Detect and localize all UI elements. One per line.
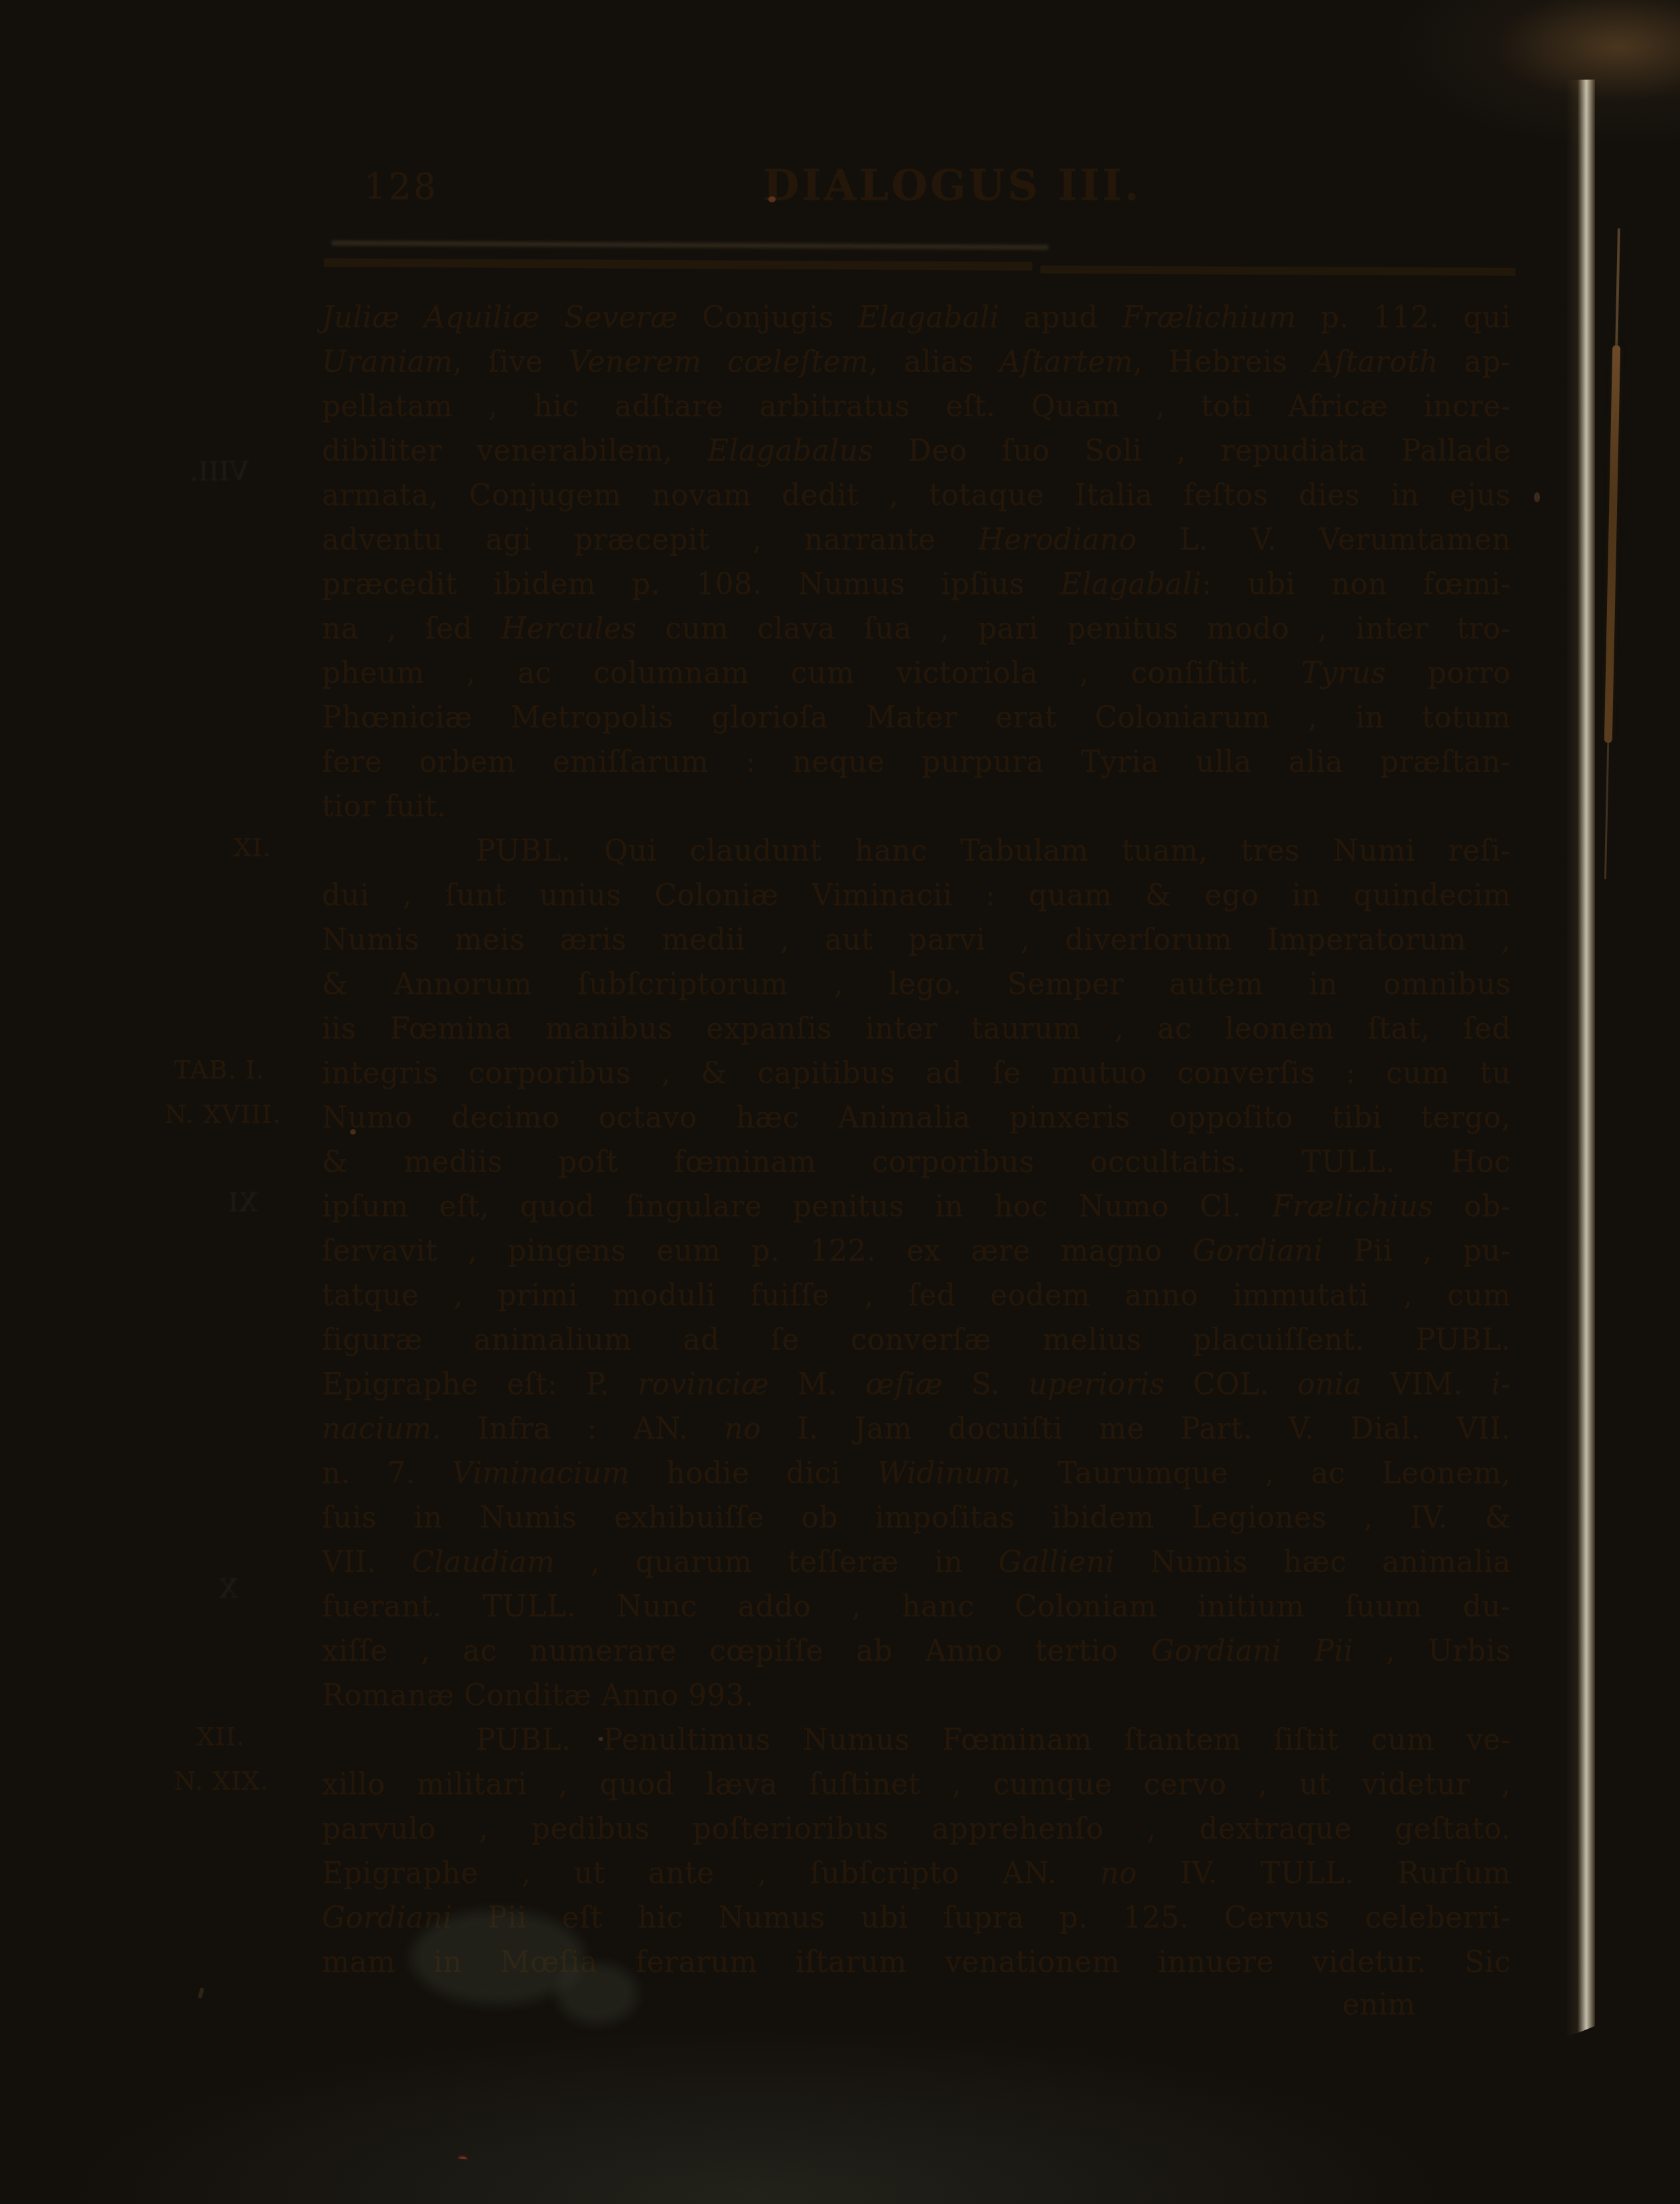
text-line: Romanæ Conditæ Anno 993. (322, 1673, 1511, 1718)
foxing-stain (350, 1129, 356, 1135)
text-line: xillo militari , quod læva ſuſtinet , cu… (322, 1762, 1511, 1807)
roman-text-run: n. 7. (322, 1456, 452, 1490)
italic-text-run: Frælichius (1272, 1190, 1464, 1223)
roman-text-run: pheum , ac columnam cum victoriola , con… (322, 656, 1301, 690)
roman-text-run: figuræ animalium ad ſe converſæ melius p… (322, 1323, 1511, 1357)
roman-text-run: Pii , pu- (1354, 1234, 1511, 1268)
italic-text-run: Viminacium (452, 1456, 666, 1490)
text-line: na , ſed Hercules cum clava ſua , pari p… (322, 606, 1511, 651)
text-line: fere orbem emiſſarum : neque purpura Tyr… (322, 740, 1511, 784)
text-line: iis Fœmina manibus expanſis inter taurum… (322, 1006, 1511, 1051)
roman-text-run: dibiliter venerabilem, (322, 434, 707, 468)
roman-text-run: PUBL. Penultimus Numus Fœminam ſtantem ſ… (476, 1723, 1511, 1757)
roman-text-run: apud (1023, 301, 1122, 334)
text-line: ſervavit , pingens eum p. 122. ex ære ma… (322, 1229, 1511, 1273)
ink-smudge (557, 1964, 637, 2024)
text-line: fuerant. TULL. Nunc addo , hanc Coloniam… (322, 1584, 1511, 1629)
italic-text-run: Tyrus (1301, 656, 1428, 690)
italic-text-run: Aſtartem (999, 345, 1133, 379)
text-line: & Annorum ſubſcriptorum , lego. Semper a… (322, 962, 1511, 1006)
foxing-stain (768, 196, 776, 202)
roman-text-run: PUBL. Qui claudunt hanc Tabulam tuam, tr… (476, 834, 1511, 868)
text-line: Juliæ Aquiliæ Severæ Conjugis Elagabali … (322, 295, 1511, 340)
italic-text-run: Venerem cœleſtem (569, 345, 869, 379)
roman-text-run: porro (1428, 656, 1511, 690)
roman-text-run: S. (971, 1367, 1028, 1401)
text-line: n. 7. Viminacium hodie dici Widinum, Tau… (322, 1451, 1511, 1495)
margin-note: XI. (234, 833, 271, 862)
red-edge-speck (340, 2152, 346, 2158)
italic-text-run: Uraniam (322, 345, 453, 379)
roman-text-run: Numo decimo octavo hæc Animalia pinxeris… (322, 1101, 1511, 1135)
roman-text-run: tior fuit. (322, 790, 447, 823)
text-line: præcedit ibidem p. 108. Numus ipſius Ela… (322, 562, 1511, 606)
page-gutter-fold (1566, 0, 1595, 2204)
roman-text-run: cum clava ſua , pari penitus modo , inte… (665, 612, 1511, 646)
roman-text-run: I. Jam docuiſti me Part. V. Dial. VII. (797, 1412, 1511, 1446)
roman-text-run: , alias (869, 345, 999, 379)
bleed-through-text: VIII. (190, 456, 249, 488)
roman-text-run: M. (798, 1367, 866, 1401)
text-line: Epigraphe eſt: P. rovinciæ M. œſiæ S. up… (322, 1362, 1511, 1407)
margin-note: N. XVIII. (165, 1099, 281, 1129)
roman-text-run: ob- (1464, 1190, 1511, 1223)
roman-text-run: præcedit ibidem p. 108. Numus ipſius (322, 567, 1060, 601)
text-line: Numo decimo octavo hæc Animalia pinxeris… (322, 1095, 1511, 1140)
page-number: 128 (364, 166, 438, 208)
italic-text-run: Elagabali (1060, 567, 1202, 601)
italic-text-run: Gordiani (1192, 1234, 1353, 1268)
roman-text-run: , ſive (453, 345, 569, 379)
roman-text-run: ſuis in Numis exhibuiſſe ob impoſitas ib… (322, 1501, 1511, 1535)
roman-text-run: , Urbis (1386, 1634, 1511, 1668)
roman-text-run: Deo ſuo Soli , repudiata Pallade (908, 434, 1511, 468)
text-line: & mediis poſt fœminam corporibus occulta… (322, 1140, 1511, 1184)
roman-text-run: iis Fœmina manibus expanſis inter taurum… (322, 1012, 1511, 1046)
italic-text-run: no (1100, 1856, 1180, 1890)
roman-text-run: ap- (1464, 345, 1511, 379)
roman-text-run: & Annorum ſubſcriptorum , lego. Semper a… (322, 967, 1511, 1001)
italic-text-run: Elagabalus (707, 434, 908, 468)
italic-text-run: Widinum (877, 1456, 1011, 1490)
roman-text-run: ipſum eſt, quod ſingulare penitus in hoc… (322, 1190, 1272, 1223)
header-rule-right (1040, 265, 1515, 276)
red-edge-speck (236, 2140, 245, 2146)
rule-echo (332, 241, 1048, 250)
margin-note: N. XIX. (174, 1766, 269, 1795)
roman-text-run: VII. (322, 1545, 412, 1579)
italic-text-run: Herodiano (978, 523, 1179, 557)
italic-text-run: œſiæ (865, 1367, 971, 1401)
roman-text-run: hodie dici (666, 1456, 877, 1490)
roman-text-run: na , ſed (322, 612, 501, 646)
roman-text-run: Romanæ Conditæ Anno 993. (322, 1679, 754, 1712)
book-page-scan: 128 DIALOGUS III. Juliæ Aquiliæ Severæ C… (0, 0, 1680, 2204)
roman-text-run: armata, Conjugem novam dedit , totaque I… (322, 478, 1511, 512)
text-line: Epigraphe , ut ante , ſubſcripto AN. no … (322, 1851, 1511, 1895)
italic-text-run: nacium. (322, 1412, 441, 1446)
italic-text-run: Gallieni (999, 1545, 1151, 1579)
roman-text-run: tatque , primi moduli fuiſſe , ſed eodem… (322, 1278, 1511, 1312)
text-line: tatque , primi moduli fuiſſe , ſed eodem… (322, 1273, 1511, 1318)
italic-text-run: Juliæ Aquiliæ Severæ (322, 301, 702, 334)
text-line: Phœniciæ Metropolis glorioſa Mater erat … (322, 695, 1511, 740)
roman-text-run: Numis hæc animalia (1150, 1545, 1511, 1579)
italic-text-run: no (724, 1412, 797, 1446)
roman-text-run: L. V. Verumtamen (1179, 523, 1511, 557)
text-line: armata, Conjugem novam dedit , totaque I… (322, 473, 1511, 517)
foxing-stain (1534, 492, 1540, 502)
italic-text-run: Frælichium (1122, 301, 1320, 334)
roman-text-run: Conjugis (702, 301, 858, 334)
text-line: ipſum eſt, quod ſingulare penitus in hoc… (322, 1184, 1511, 1229)
italic-text-run: rovinciæ (638, 1367, 798, 1401)
text-line: xiſſe , ac numerare cœpiſſe ab Anno tert… (322, 1629, 1511, 1673)
text-line: PUBL. Penultimus Numus Fœminam ſtantem ſ… (322, 1718, 1511, 1762)
text-line: Uraniam, ſive Venerem cœleſtem, alias Aſ… (322, 340, 1511, 384)
scan-canvas: { "page_header": { "page_number": "128",… (0, 0, 1680, 2204)
text-line: nacium. Infra : AN. no I. Jam docuiſti m… (322, 1407, 1511, 1451)
italic-text-run: uperioris (1028, 1367, 1193, 1401)
roman-text-run: pellatam , hic adſtare arbitratus eſt. Q… (322, 389, 1511, 423)
roman-text-run: adventu agi præcepit , narrante (322, 523, 978, 557)
roman-text-run: p. 112. qui (1320, 301, 1511, 334)
binding-thread (1604, 345, 1621, 743)
ink-fleck (198, 1988, 204, 1999)
roman-text-run: xiſſe , ac numerare cœpiſſe ab Anno tert… (322, 1634, 1151, 1668)
text-line: VII. Claudiam , quarum teſſeræ in Gallie… (322, 1540, 1511, 1584)
text-line: dui , ſunt unius Coloniæ Viminacii : qua… (322, 873, 1511, 918)
roman-text-run: VIM. (1390, 1367, 1492, 1401)
italic-text-run: Aſtaroth (1313, 345, 1464, 379)
roman-text-run: Phœniciæ Metropolis glorioſa Mater erat … (322, 701, 1511, 734)
roman-text-run: fere orbem emiſſarum : neque purpura Tyr… (322, 745, 1511, 779)
italic-text-run: i- (1491, 1367, 1511, 1401)
roman-text-run: , quarum teſſeræ in (591, 1545, 999, 1579)
roman-text-run: ſervavit , pingens eum p. 122. ex ære ma… (322, 1234, 1192, 1268)
roman-text-run: IV. TULL. Rurſum (1180, 1856, 1511, 1890)
roman-text-run: : ubi non fœmi- (1202, 567, 1511, 601)
roman-text-run: integris corporibus , & capitibus ad ſe … (322, 1056, 1511, 1090)
running-title: DIALOGUS III. (733, 161, 1171, 210)
red-edge-speck (194, 2147, 199, 2152)
header-rule-left (324, 258, 1032, 271)
roman-text-run: xillo militari , quod læva ſuſtinet , cu… (322, 1767, 1511, 1801)
text-line: figuræ animalium ad ſe converſæ melius p… (322, 1318, 1511, 1362)
margin-note: XII. (196, 1722, 245, 1751)
italic-text-run: Gordiani Pii (1151, 1634, 1386, 1668)
text-line: pellatam , hic adſtare arbitratus eſt. Q… (322, 384, 1511, 429)
margin-note: TAB. I. (174, 1055, 265, 1084)
text-line: dibiliter venerabilem, Elagabalus Deo ſu… (322, 429, 1511, 473)
roman-text-run: Epigraphe eſt: P. (322, 1367, 638, 1401)
roman-text-run: & mediis poſt fœminam corporibus occulta… (322, 1145, 1511, 1179)
roman-text-run: Pii eſt hic Numus ubi ſupra p. 125. Cerv… (488, 1901, 1511, 1935)
roman-text-run: , Hebreis (1133, 345, 1313, 379)
italic-text-run: onia (1297, 1367, 1389, 1401)
italic-text-run: Elagabali (858, 301, 1023, 334)
italic-text-run: Hercules (501, 612, 665, 646)
italic-text-run: Claudiam (412, 1545, 591, 1579)
roman-text-run: COL. (1193, 1367, 1297, 1401)
text-line: ſuis in Numis exhibuiſſe ob impoſitas ib… (322, 1495, 1511, 1540)
foxing-stain (598, 1737, 603, 1741)
roman-text-run: Infra : AN. (441, 1412, 724, 1446)
roman-text-run: dui , ſunt unius Coloniæ Viminacii : qua… (322, 878, 1511, 912)
text-line: PUBL. Qui claudunt hanc Tabulam tuam, tr… (322, 829, 1511, 873)
roman-text-run: fuerant. TULL. Nunc addo , hanc Coloniam… (322, 1590, 1511, 1623)
bleed-through-text: X (219, 1574, 238, 1604)
roman-text-run: Epigraphe , ut ante , ſubſcripto AN. (322, 1856, 1100, 1890)
text-line: tior fuit. (322, 784, 1511, 829)
roman-text-run: parvulo , pedibus poſterioribus apprehen… (322, 1812, 1511, 1846)
bleed-through-text: XI (228, 1188, 258, 1218)
roman-text-run: , Taurumque , ac Leonem, (1011, 1456, 1511, 1490)
roman-text-run: Numis meis æris medii , aut parvi , dive… (322, 923, 1511, 957)
text-line: pheum , ac columnam cum victoriola , con… (322, 651, 1511, 695)
text-line: adventu agi præcepit , narrante Herodian… (322, 517, 1511, 562)
red-edge-speck (458, 2156, 467, 2162)
text-line: Numis meis æris medii , aut parvi , dive… (322, 918, 1511, 962)
text-line: integris corporibus , & capitibus ad ſe … (322, 1051, 1511, 1095)
text-block: Juliæ Aquiliæ Severæ Conjugis Elagabali … (322, 295, 1511, 1984)
text-line: parvulo , pedibus poſterioribus apprehen… (322, 1807, 1511, 1851)
